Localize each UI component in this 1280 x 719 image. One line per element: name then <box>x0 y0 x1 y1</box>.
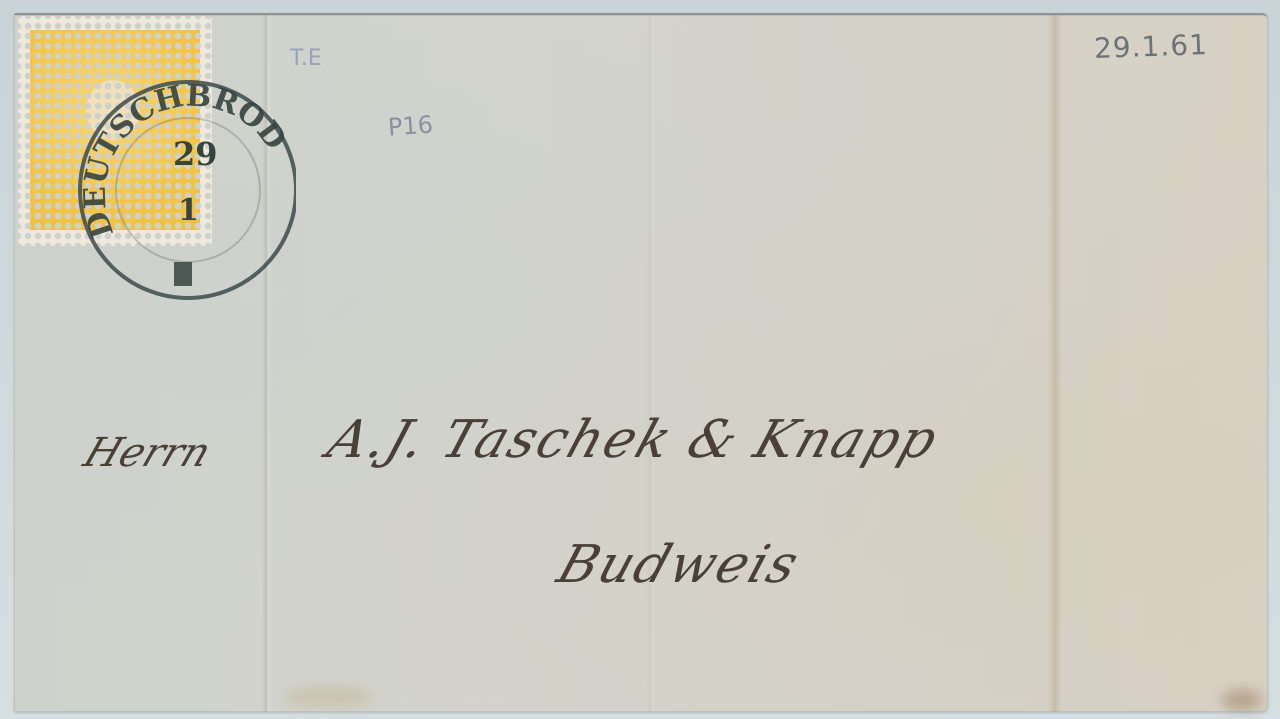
stain <box>1222 690 1262 710</box>
stain <box>284 687 374 707</box>
addressee-name: A.J. Taschek & Knapp <box>320 410 946 470</box>
postmark-month: 1 <box>178 193 199 228</box>
pencil-date: 29.1.61 <box>1093 28 1208 65</box>
postmark-day: 29 <box>173 135 218 173</box>
addressee-city: Budweis <box>550 535 807 595</box>
postmark-icon: DEUTSCHBROD 29 1 <box>78 70 296 300</box>
pencil-mark-p: P16 <box>387 110 434 141</box>
fold-line <box>646 15 656 712</box>
address-prefix: Herrn <box>78 430 217 476</box>
pencil-mark-t: T.E <box>290 46 322 71</box>
fold-line <box>1048 15 1062 712</box>
